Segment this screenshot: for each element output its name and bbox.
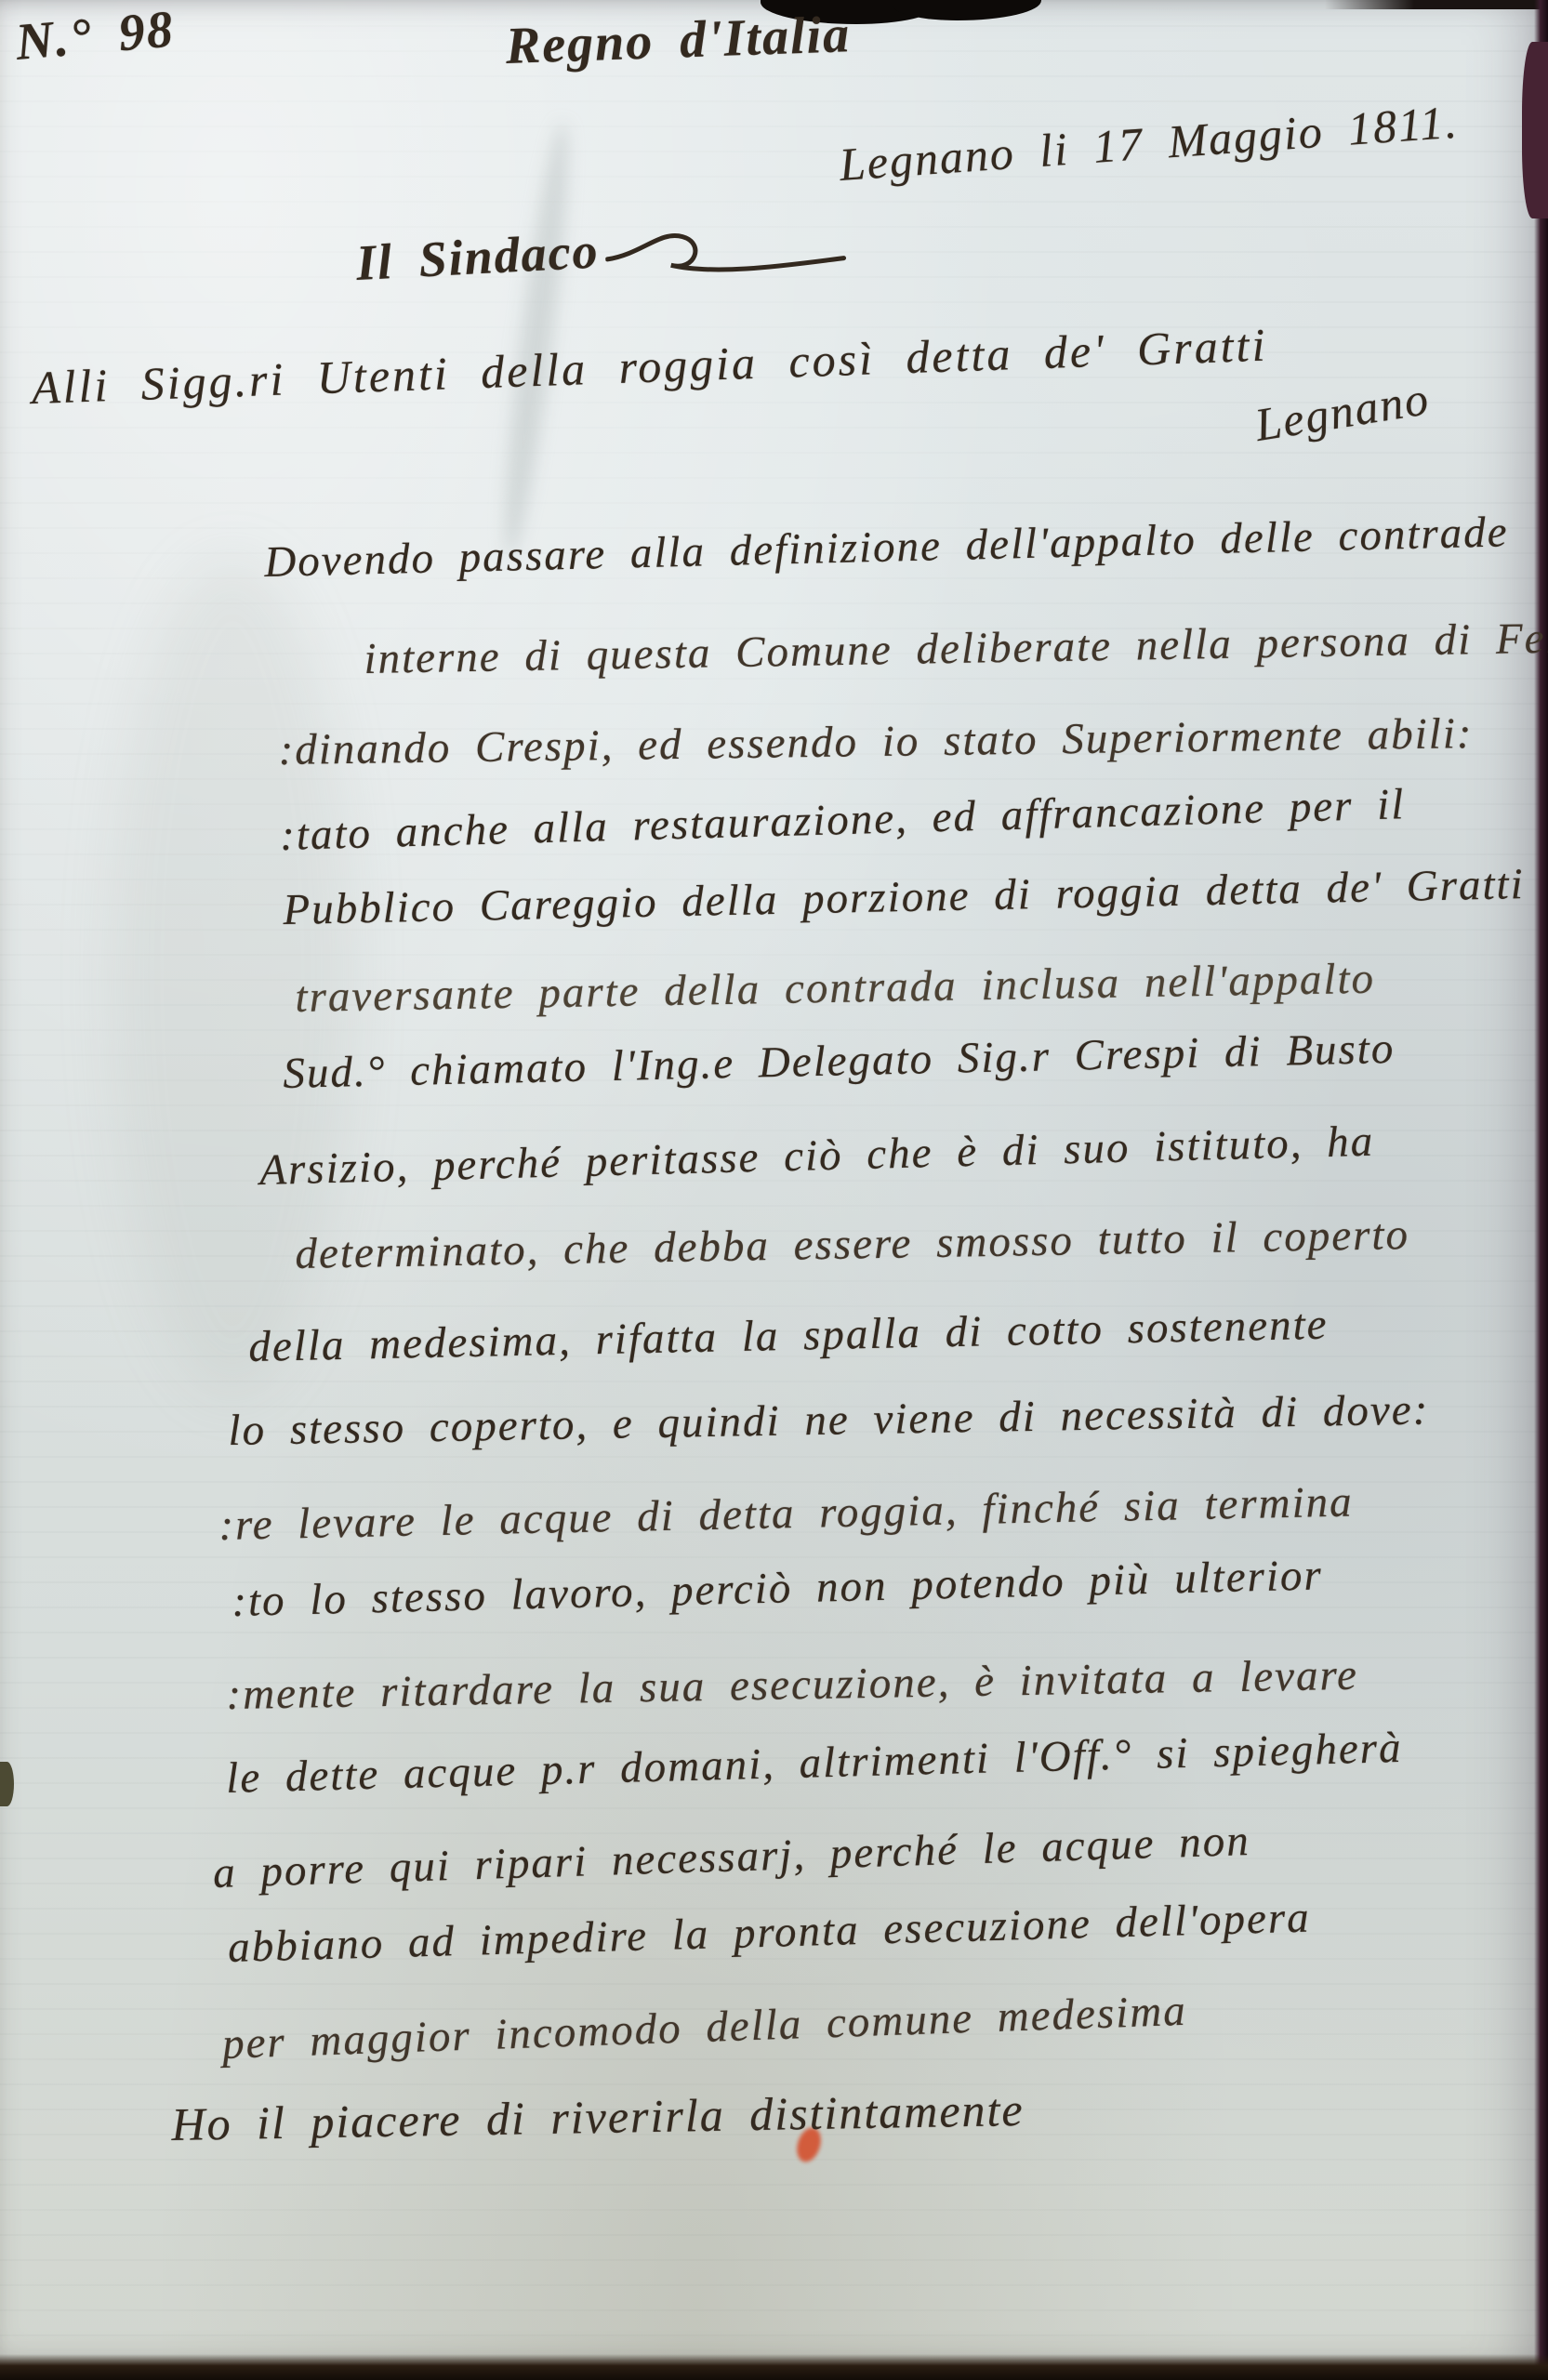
- right-photo-edge: [1534, 0, 1548, 2380]
- body-line: Pubblico Careggio della porzione di rogg…: [283, 859, 1525, 935]
- address-place-text: Legnano: [1251, 372, 1433, 451]
- body-line-text: lo stesso coperto, e quindi ne viene di …: [228, 1385, 1430, 1455]
- page-title-text: Regno d'Italia: [505, 6, 852, 75]
- body-line: abbiano ad impedire la pronta esecuzione…: [227, 1892, 1311, 1973]
- dateline: Legnano li 17 Maggio 1811.: [838, 95, 1461, 192]
- body-line-text: :dinando Crespi, ed essendo io stato Sup…: [278, 709, 1474, 774]
- doc-number: N.° 98: [13, 0, 177, 73]
- body-line: :tato anche alla restaurazione, ed affra…: [279, 779, 1406, 861]
- body-line-text: :re levare le acque di detta roggia, fin…: [218, 1477, 1354, 1550]
- body-line: della medesima, rifatta la spalla di cot…: [248, 1300, 1329, 1372]
- body-line: per maggior incomodo della comune medesi…: [221, 1986, 1187, 2069]
- body-line: traversante parte della contrada inclusa…: [295, 954, 1375, 1023]
- body-line: le dette acque p.r domani, altrimenti l'…: [226, 1723, 1404, 1804]
- address-place: Legnano: [1251, 371, 1434, 452]
- body-line: :dinando Crespi, ed essendo io stato Sup…: [278, 708, 1474, 775]
- bottom-photo-edge: [0, 2354, 1548, 2380]
- body-line-text: traversante parte della contrada inclusa…: [295, 955, 1375, 1022]
- salutation-text: Il Sindaco: [355, 222, 601, 291]
- closing-text: Ho il piacere di riverirla distintamente: [171, 2083, 1025, 2150]
- body-line: :mente ritardare la sua esecuzione, è in…: [226, 1650, 1358, 1720]
- body-line-text: Sud.° chiamato l'Ing.e Delegato Sig.r Cr…: [283, 1025, 1396, 1098]
- salutation: Il Sindaco: [355, 208, 848, 296]
- body-line-text: Dovendo passare alla definizione dell'ap…: [264, 508, 1509, 587]
- body-line-text: Arsizio, perché peritasse ciò che è di s…: [259, 1117, 1375, 1195]
- body-line-text: a porre qui ripari necessarj, perché le …: [212, 1817, 1250, 1897]
- body-line: Dovendo passare alla definizione dell'ap…: [264, 507, 1509, 588]
- body-line: determinato, che debba essere smosso tut…: [295, 1210, 1409, 1279]
- page-title: Regno d'Italia: [505, 5, 852, 76]
- body-line-text: determinato, che debba essere smosso tut…: [295, 1210, 1409, 1278]
- top-right-edge: [1325, 0, 1548, 9]
- address-line-text: Alli Sigg.ri Utenti della roggia così de…: [31, 319, 1268, 414]
- body-line-text: :to lo stesso lavoro, perciò non potendo…: [232, 1551, 1324, 1626]
- body-line: lo stesso coperto, e quindi ne viene di …: [228, 1384, 1430, 1456]
- dateline-text: Legnano li 17 Maggio 1811.: [838, 96, 1460, 191]
- crease-stain: [494, 121, 578, 559]
- closing-line: Ho il piacere di riverirla distintamente: [171, 2082, 1025, 2151]
- body-line: Arsizio, perché peritasse ciò che è di s…: [259, 1117, 1375, 1196]
- left-edge-speck: [0, 1762, 14, 1806]
- body-line: :to lo stesso lavoro, perciò non potendo…: [232, 1550, 1324, 1627]
- body-line-text: interne di questa Comune deliberate nell…: [364, 614, 1548, 683]
- body-line: interne di questa Comune deliberate nell…: [364, 613, 1548, 684]
- body-line-text: le dette acque p.r domani, altrimenti l'…: [226, 1724, 1404, 1803]
- body-line: Sud.° chiamato l'Ing.e Delegato Sig.r Cr…: [283, 1024, 1396, 1099]
- body-line: a porre qui ripari necessarj, perché le …: [212, 1816, 1250, 1898]
- address-line: Alli Sigg.ri Utenti della roggia così de…: [31, 318, 1268, 415]
- body-line-text: :mente ritardare la sua esecuzione, è in…: [226, 1651, 1358, 1719]
- signature-flourish-icon: [603, 215, 848, 284]
- body-line-text: abbiano ad impedire la pronta esecuzione…: [228, 1893, 1312, 1972]
- right-edge-maroon-blotch: [1522, 42, 1548, 218]
- body-line-text: per maggior incomodo della comune medesi…: [221, 1987, 1187, 2069]
- manuscript-page: N.° 98 Regno d'Italia Legnano li 17 Magg…: [0, 0, 1548, 2380]
- body-line: :re levare le acque di detta roggia, fin…: [218, 1476, 1354, 1551]
- body-line-text: Pubblico Careggio della porzione di rogg…: [283, 860, 1525, 934]
- body-line-text: della medesima, rifatta la spalla di cot…: [248, 1301, 1329, 1371]
- doc-number-text: N.° 98: [14, 0, 178, 72]
- body-line-text: :tato anche alla restaurazione, ed affra…: [280, 780, 1406, 860]
